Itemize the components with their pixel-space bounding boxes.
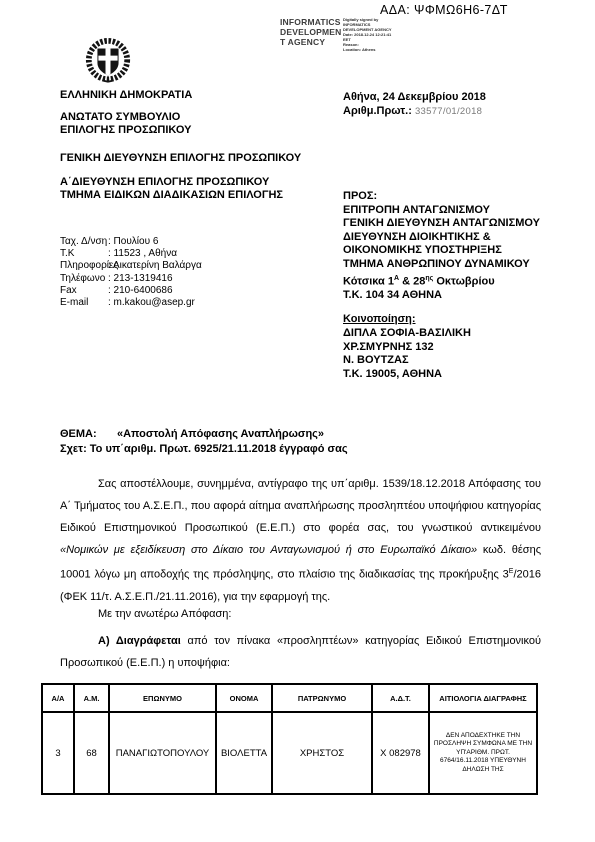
digital-signature-block: INFORMATICS DEVELOPMEN T AGENCY Digitall…	[280, 17, 413, 52]
greek-emblem-icon	[84, 36, 132, 86]
contact-row: Τ.Κ : 11523 , Αθήνα	[60, 248, 202, 260]
cell-surname: ΠΑΝΑΓΙΩΤΟΠΟΥΛΟΥ	[109, 712, 216, 794]
contact-row: Πληροφορίες : Αικατερίνη Βαλάργα	[60, 260, 202, 272]
cell-name: ΒΙΟΛΕΤΤΑ	[216, 712, 272, 794]
protocol-line: Αριθμ.Πρωτ.: 33577/01/2018	[343, 105, 482, 117]
subject-row: ΘΕΜΑ: «Αποστολή Απόφασης Αναπλήρωσης»	[60, 427, 550, 442]
letterhead-org-line2: ΕΠΙΛΟΓΗΣ ΠΡΟΣΩΠΙΚΟΥ	[60, 124, 191, 136]
contact-label: Fax	[60, 285, 108, 297]
cell-aa: 3	[42, 712, 74, 794]
cell-father: ΧΡΗΣΤΟΣ	[272, 712, 372, 794]
body-text-part: Σας αποστέλλουμε, συνημμένα, αντίγραφο τ…	[60, 478, 541, 534]
cell-reason: ΔΕΝ ΑΠΟΔΕΧΤΗΚΕ ΤΗΝ ΠΡΟΣΛΗΨΗ ΣΥΜΦΩΝΑ ΜΕ Τ…	[429, 712, 537, 794]
cc-line: ΔΙΠΛΑ ΣΟΦΙΑ-ΒΑΣΙΛΙΚΗ	[343, 327, 573, 341]
table-header-adt: Α.Δ.Τ.	[372, 684, 429, 712]
ada-code: ΑΔΑ: ΨΦΜΩ6Η6-7ΔΤ	[380, 3, 580, 17]
cc-line: Τ.Κ. 19005, ΑΘΗΝΑ	[343, 368, 573, 382]
contact-value: : 213-1319416	[108, 273, 173, 285]
contact-label: E-mail	[60, 297, 108, 309]
contact-value: : 210-6400686	[108, 285, 173, 297]
contact-label: Πληροφορίες	[60, 260, 108, 272]
signature-agency-line: T AGENCY	[280, 37, 338, 47]
cell-am: 68	[74, 712, 109, 794]
recipient-line: ΔΙΕΥΘΥΝΣΗ ΔΙΟΙΚΗΤΙΚΗΣ &	[343, 231, 573, 245]
contact-row: Ταχ. Δ/νση : Πουλίου 6	[60, 236, 202, 248]
recipient-street: Κότσικα 1Α & 28ης Οκτωβρίου	[343, 272, 573, 289]
recipient-street-part: Οκτωβρίου	[433, 275, 494, 287]
body-paragraph-2: Με την ανωτέρω Απόφαση:	[60, 603, 541, 625]
table-header-name: ΟΝΟΜΑ	[216, 684, 272, 712]
recipient-postal: Τ.Κ. 104 34 ΑΘΗΝΑ	[343, 289, 573, 303]
signature-detail-line: Location: Athens	[343, 47, 413, 52]
candidates-table: Α/Α Α.Μ. ΕΠΩΝΥΜΟ ΟΝΟΜΑ ΠΑΤΡΩΝΥΜΟ Α.Δ.Τ. …	[41, 683, 538, 795]
recipient-block: ΠΡΟΣ: ΕΠΙΤΡΟΠΗ ΑΝΤΑΓΩΝΙΣΜΟΥ ΓΕΝΙΚΗ ΔΙΕΥΘ…	[343, 190, 573, 381]
subject-text: «Αποστολή Απόφασης Αναπλήρωσης»	[117, 427, 324, 442]
contact-value: : Πουλίου 6	[108, 236, 158, 248]
protocol-label: Αριθμ.Πρωτ.:	[343, 105, 415, 117]
cc-line: Ν. ΒΟΥΤΖΑΣ	[343, 354, 573, 368]
body-text-bold: Α) Διαγράφεται	[98, 635, 181, 647]
contact-value: : m.kakou@asep.gr	[108, 297, 195, 309]
protocol-number: 33577/01/2018	[415, 106, 482, 117]
table-row: 3 68 ΠΑΝΑΓΙΩΤΟΠΟΥΛΟΥ ΒΙΟΛΕΤΤΑ ΧΡΗΣΤΟΣ Χ …	[42, 712, 537, 794]
cc-line: ΧΡ.ΣΜΥΡΝΗΣ 132	[343, 341, 573, 355]
contact-value: : 11523 , Αθήνα	[108, 248, 177, 260]
signature-agency-name: INFORMATICS DEVELOPMEN T AGENCY	[280, 17, 338, 47]
subject-label: ΘΕΜΑ:	[60, 427, 117, 442]
contact-row: Τηλέφωνο : 213-1319416	[60, 273, 202, 285]
letterhead-subdivision2: ΤΜΗΜΑ ΕΙΔΙΚΩΝ ΔΙΑΔΙΚΑΣΙΩΝ ΕΠΙΛΟΓΗΣ	[60, 189, 283, 201]
recipient-line: ΤΜΗΜΑ ΑΝΘΡΩΠΙΝΟΥ ΔΥΝΑΜΙΚΟΥ	[343, 258, 573, 272]
cell-adt: Χ 082978	[372, 712, 429, 794]
contact-row: Fax : 210-6400686	[60, 285, 202, 297]
table-header-row: Α/Α Α.Μ. ΕΠΩΝΥΜΟ ΟΝΟΜΑ ΠΑΤΡΩΝΥΜΟ Α.Δ.Τ. …	[42, 684, 537, 712]
recipient-line: ΓΕΝΙΚΗ ΔΙΕΥΘΥΝΣΗ ΑΝΤΑΓΩΝΙΣΜΟΥ	[343, 217, 573, 231]
contact-block: Ταχ. Δ/νση : Πουλίου 6 Τ.Κ : 11523 , Αθή…	[60, 236, 202, 309]
table-header-father: ΠΑΤΡΩΝΥΜΟ	[272, 684, 372, 712]
contact-row: E-mail : m.kakou@asep.gr	[60, 297, 202, 309]
cc-label: Κοινοποίηση:	[343, 313, 573, 327]
recipient-line: ΕΠΙΤΡΟΠΗ ΑΝΤΑΓΩΝΙΣΜΟΥ	[343, 204, 573, 218]
table-header-aa: Α/Α	[42, 684, 74, 712]
date-line: Αθήνα, 24 Δεκεμβρίου 2018	[343, 91, 486, 103]
contact-value: : Αικατερίνη Βαλάργα	[108, 260, 202, 272]
body-text-italic: «Νομικών με εξειδίκευση στο Δίκαιο του Α…	[60, 544, 477, 556]
recipient-street-part: Κότσικα 1	[343, 275, 394, 287]
letterhead-division: ΓΕΝΙΚΗ ΔΙΕΥΘΥΝΣΗ ΕΠΙΛΟΓΗΣ ΠΡΟΣΩΠΙΚΟΥ	[60, 152, 301, 164]
letterhead-subdivision1: Α΄ΔΙΕΥΘΥΝΣΗ ΕΠΙΛΟΓΗΣ ΠΡΟΣΩΠΙΚΟΥ	[60, 176, 269, 188]
signature-agency-line: INFORMATICS	[280, 17, 338, 27]
letterhead-republic: ΕΛΛΗΝΙΚΗ ΔΗΜΟΚΡΑΤΙΑ	[60, 89, 192, 101]
contact-label: Τηλέφωνο	[60, 273, 108, 285]
body-paragraph-1: Σας αποστέλλουμε, συνημμένα, αντίγραφο τ…	[60, 473, 541, 608]
recipient-to-label: ΠΡΟΣ:	[343, 190, 573, 204]
document-page: ΑΔΑ: ΨΦΜΩ6Η6-7ΔΤ INFORMATICS DEVELOPMEN …	[0, 0, 595, 842]
letterhead-org-line1: ΑΝΩΤΑΤΟ ΣΥΜΒΟΥΛΙΟ	[60, 111, 180, 123]
table-header-surname: ΕΠΩΝΥΜΟ	[109, 684, 216, 712]
subject-ref: Σχετ: Το υπ΄αριθμ. Πρωτ. 6925/21.11.2018…	[60, 442, 550, 457]
recipient-line: ΟΙΚΟΝΟΜΙΚΗΣ ΥΠΟΣΤΗΡΙΞΗΣ	[343, 244, 573, 258]
contact-label: Ταχ. Δ/νση	[60, 236, 108, 248]
contact-label: Τ.Κ	[60, 248, 108, 260]
table-header-am: Α.Μ.	[74, 684, 109, 712]
body-paragraph-3: Α) Διαγράφεται από τον πίνακα «προσληπτέ…	[60, 630, 541, 674]
subject-block: ΘΕΜΑ: «Αποστολή Απόφασης Αναπλήρωσης» Σχ…	[60, 427, 550, 457]
recipient-street-part: & 28	[399, 275, 425, 287]
signature-agency-line: DEVELOPMEN	[280, 27, 338, 37]
signature-details: Digitally signed by INFORMATICS DEVELOPM…	[343, 17, 413, 52]
table-header-reason: ΑΙΤΙΟΛΟΓΙΑ ΔΙΑΓΡΑΦΗΣ	[429, 684, 537, 712]
